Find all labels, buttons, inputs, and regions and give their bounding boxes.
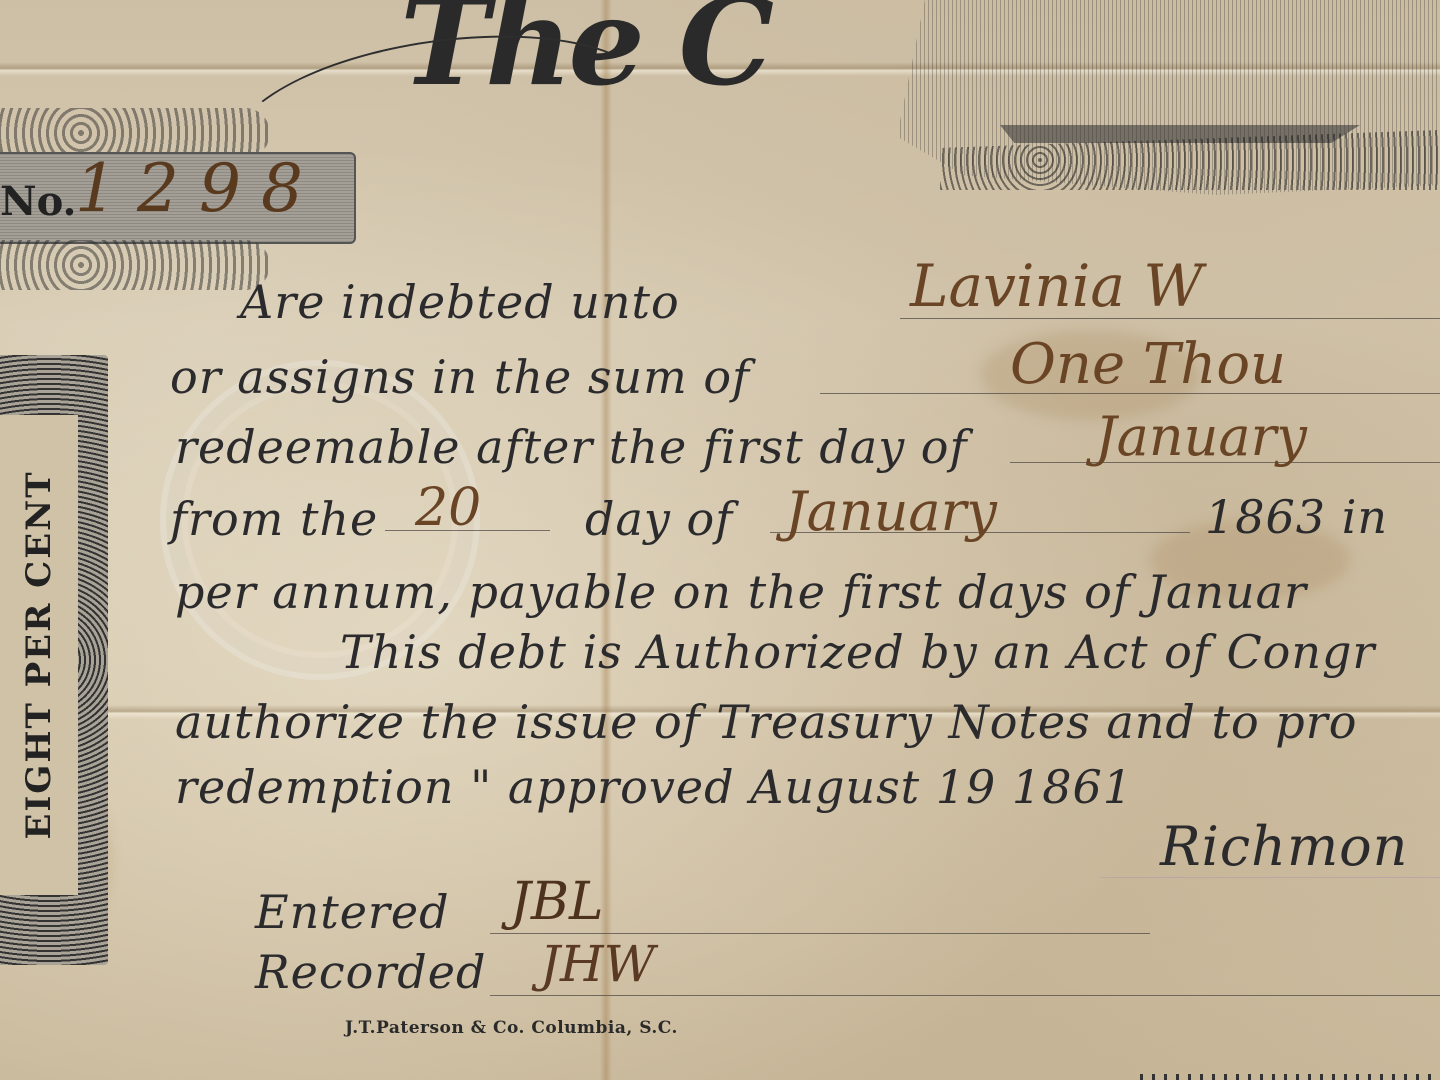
entered-label: Entered — [255, 885, 450, 939]
entered-initials: JBL — [510, 872, 604, 932]
redeemable-month: January — [1095, 405, 1307, 468]
printed-line-8: redemption " approved August 19 1861 — [175, 760, 1133, 814]
interest-start-month: January — [785, 480, 997, 543]
printed-line-3: redeemable after the first day of — [175, 420, 968, 474]
border-dots — [1140, 1074, 1440, 1080]
printed-line-4-start: from the — [170, 492, 378, 546]
recorded-initials: JHW — [540, 935, 655, 993]
printer-imprint: J.T.Paterson & Co. Columbia, S.C. — [345, 1018, 678, 1038]
payee-name: Lavinia W — [910, 252, 1203, 320]
printed-line-7: authorize the issue of Treasury Notes an… — [175, 695, 1357, 749]
printed-line-2: or assigns in the sum of — [170, 350, 750, 404]
printed-line-5: per annum, payable on the first days of … — [175, 565, 1307, 619]
printed-line-4-year: 1863 in — [1205, 490, 1388, 544]
printed-line-4-mid: day of — [585, 492, 733, 546]
printed-line-1: Are indebted unto — [240, 275, 680, 329]
number-prefix: No. — [0, 178, 76, 225]
fill-line — [490, 933, 1150, 934]
interest-rate-label: EIGHT PER CENT — [19, 470, 59, 839]
recorded-label: Recorded — [255, 945, 486, 999]
printed-line-6: This debt is Authorized by an Act of Con… — [340, 625, 1375, 679]
fill-line — [490, 995, 1440, 996]
fill-line — [1100, 877, 1440, 878]
ornament-scroll — [0, 240, 270, 290]
place-of-issue: Richmon — [1160, 815, 1408, 878]
sum-amount: One Thou — [1010, 332, 1286, 397]
certificate-number: 1298 — [75, 150, 323, 227]
interest-start-day: 20 — [415, 478, 481, 538]
